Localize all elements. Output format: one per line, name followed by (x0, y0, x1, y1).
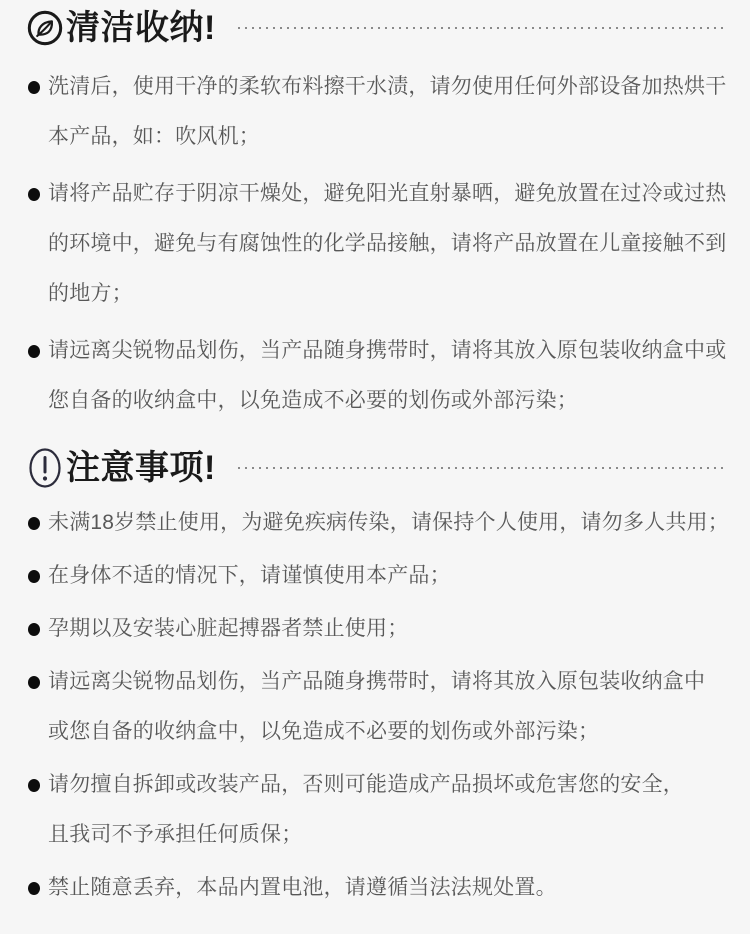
list-item: 请将产品贮存于阴凉干燥处，避免阳光直射暴晒，避免放置在过冷或过热 的环境中，避免… (28, 169, 730, 319)
dotted-divider (238, 467, 728, 469)
bullet-dot (28, 345, 40, 358)
list-item: 请远离尖锐物品划伤，当产品随身携带时，请将其放入原包装收纳盒中 或您自备的收纳盒… (28, 657, 730, 757)
section-cleaning-storage: 清洁收纳! 洗清后，使用干净的柔软布料擦干水渍，请勿使用任何外部设备加热烘干 本… (0, 6, 750, 426)
list-item: 在身体不适的情况下，请谨慎使用本产品； (28, 551, 730, 601)
bullet-dot (28, 676, 40, 689)
bullet-dot (28, 779, 40, 792)
leaf-icon (26, 6, 64, 50)
cleaning-storage-header: 清洁收纳! (0, 6, 750, 50)
list-item: 请勿擅自拆卸或改装产品，否则可能造成产品损坏或危害您的安全， 且我司不予承担任何… (28, 760, 730, 860)
list-item-text: 请远离尖锐物品划伤，当产品随身携带时，请将其放入原包装收纳盒中或 您自备的收纳盒… (48, 326, 730, 426)
list-item: 洗清后，使用干净的柔软布料擦干水渍，请勿使用任何外部设备加热烘干 本产品，如：吹… (28, 62, 730, 162)
precautions-title: 注意事项! (66, 446, 216, 490)
bullet-dot (28, 570, 40, 583)
list-item-text: 未满18岁禁止使用，为避免疾病传染，请保持个人使用，请勿多人共用； (48, 498, 730, 548)
bullet-dot (28, 882, 40, 895)
list-item-text: 请远离尖锐物品划伤，当产品随身携带时，请将其放入原包装收纳盒中 或您自备的收纳盒… (48, 657, 730, 757)
list-item-text: 请将产品贮存于阴凉干燥处，避免阳光直射暴晒，避免放置在过冷或过热 的环境中，避免… (48, 169, 730, 319)
list-item-text: 洗清后，使用干净的柔软布料擦干水渍，请勿使用任何外部设备加热烘干 本产品，如：吹… (48, 62, 730, 162)
list-item: 禁止随意丢弃，本品内置电池，请遵循当法法规处置。 (28, 863, 730, 913)
list-item: 请远离尖锐物品划伤，当产品随身携带时，请将其放入原包装收纳盒中或 您自备的收纳盒… (28, 326, 730, 426)
bullet-dot (28, 623, 40, 636)
precautions-list: 未满18岁禁止使用，为避免疾病传染，请保持个人使用，请勿多人共用； 在身体不适的… (0, 498, 750, 913)
care-instructions-page: 清洁收纳! 洗清后，使用干净的柔软布料擦干水渍，请勿使用任何外部设备加热烘干 本… (0, 0, 750, 934)
list-item: 孕期以及安装心脏起搏器者禁止使用； (28, 604, 730, 654)
dotted-divider (238, 27, 728, 29)
precautions-header: 注意事项! (0, 446, 750, 490)
list-item-text: 孕期以及安装心脏起搏器者禁止使用； (48, 604, 730, 654)
bullet-dot (28, 517, 40, 530)
cleaning-storage-list: 洗清后，使用干净的柔软布料擦干水渍，请勿使用任何外部设备加热烘干 本产品，如：吹… (0, 62, 750, 426)
list-item-text: 请勿擅自拆卸或改装产品，否则可能造成产品损坏或危害您的安全， 且我司不予承担任何… (48, 760, 730, 860)
bullet-dot (28, 81, 40, 94)
list-item: 未满18岁禁止使用，为避免疾病传染，请保持个人使用，请勿多人共用； (28, 498, 730, 548)
section-precautions: 注意事项! 未满18岁禁止使用，为避免疾病传染，请保持个人使用，请勿多人共用； … (0, 446, 750, 913)
list-item-text: 在身体不适的情况下，请谨慎使用本产品； (48, 551, 730, 601)
list-item-text: 禁止随意丢弃，本品内置电池，请遵循当法法规处置。 (48, 863, 730, 913)
bullet-dot (28, 188, 40, 201)
cleaning-storage-title: 清洁收纳! (66, 6, 216, 50)
exclamation-warning-icon (26, 446, 64, 490)
